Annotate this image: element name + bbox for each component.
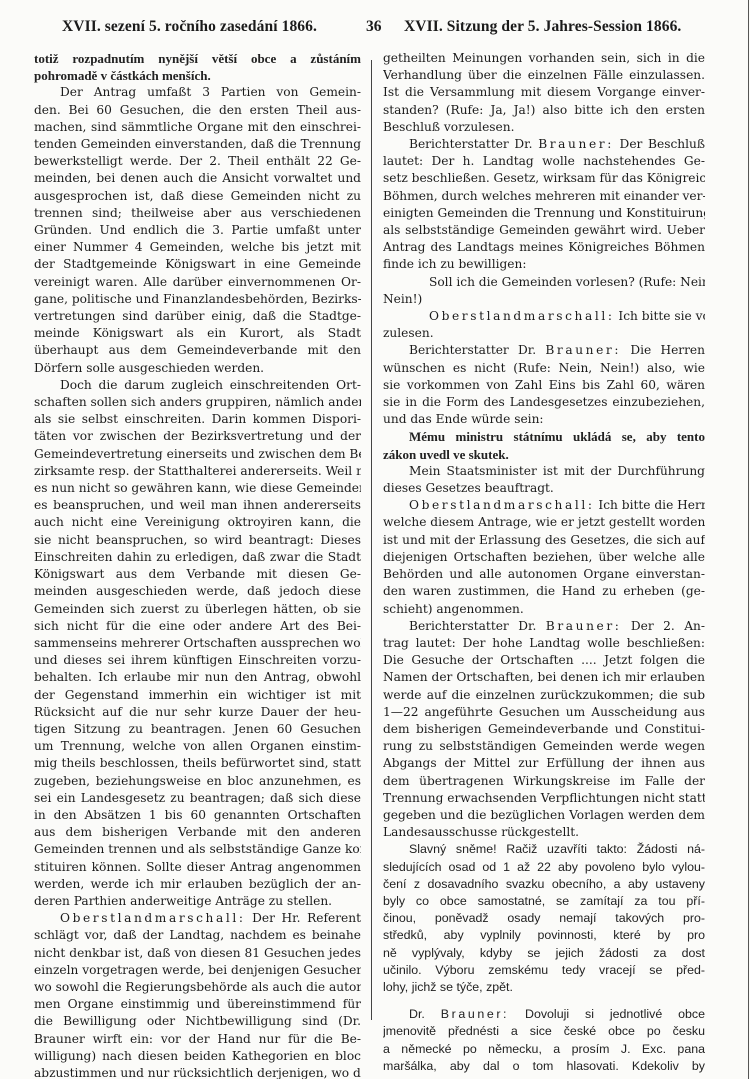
text-line: einzeln vorgetragen werde, bei denjenige… (34, 962, 361, 979)
text-line: sich nicht für die eine oder andere Art … (34, 618, 361, 635)
text-line: es beanspruchen, und weil man ihnen ande… (34, 497, 361, 514)
speaker-label: Berichterstatter Dr. Brauner: (409, 343, 621, 357)
text-line: abzustimmen und nur rücksichtlich derjen… (34, 1065, 361, 1079)
page-number: 36 (366, 18, 382, 36)
text-line: schlägt vor, daß der Landtag, nachdem es… (34, 927, 361, 944)
text-line: Rücksicht auf die nur sehr kurze Dauer d… (34, 704, 361, 721)
text-line: Behörden und alle autonomen Organe einve… (383, 566, 705, 583)
text-line: men Organe einstimmig und übereinstimmen… (34, 996, 361, 1013)
text-line: aus dem bisherigen Verbande mit den ande… (34, 824, 361, 841)
text-line: 1—22 angeführte Gesuchen um Ausscheidung… (383, 704, 705, 721)
text-line: ausgesprochen ist, daß diese Gemeinden n… (34, 188, 361, 205)
text-line: činou, poněvadž osady nemají takových pr… (383, 910, 705, 927)
speaker-label: Berichterstatter Dr. Brauner: (409, 619, 621, 633)
text-line: der Stadtgemeinde Königswart in eine Gem… (34, 256, 361, 273)
text-line: meinden, bei denen auch die Ansicht vorw… (34, 170, 361, 187)
text-line: rung zu selbstständigen Gemeinden werde … (383, 738, 705, 755)
text-line: Dörfern solle ausgeschieden werden. (34, 360, 361, 377)
text-line: trennen sind; theilweise aber aus versch… (34, 205, 361, 222)
page-header: XVII. sezení 5. ročního zasedání 1866. 3… (0, 10, 750, 40)
text-line: Gemeinden sich zuerst zu überlegen hätte… (34, 601, 361, 618)
text-line: byly co obce samostatné, se zamítají za … (383, 893, 705, 910)
text-line: lohy, jichž se týče, zpět. (383, 979, 705, 996)
text-line: behalten. Ich erlaube mir nun den Antrag… (34, 669, 361, 686)
text-line: den waren zustimmen, die Hand zu erheben… (383, 583, 705, 600)
speaker-label: Dr. Brauner: (409, 1007, 509, 1021)
text-line: ně vyplývaly, kdyby se jejich žádosti za… (383, 945, 705, 962)
text-line: Königswart aus dem Verbande mit diesen G… (34, 566, 361, 583)
text-line: Dr. Brauner: Dovoluji si jednotlivé obce (383, 1006, 705, 1023)
text-line: überhaupt aus dem Gemeindeverbande mit d… (34, 342, 361, 359)
text-line: Nein!) (383, 291, 705, 308)
text-line: und das Ende würde sein: (383, 411, 705, 428)
left-text-column: totiž rozpadnutím nynější větší obce a z… (34, 50, 361, 1079)
text-line: Oberstlandmarschall: Ich bitte die Herre… (383, 497, 705, 514)
text-line: finde ich zu bewilligen: (383, 256, 705, 273)
speaker-label: Berichterstatter Dr. Brauner: (409, 137, 614, 151)
text-line: Doch die darum zugleich einschreitenden … (34, 377, 361, 394)
text-line: maršálka, aby dal o tom hlasovati. Kdeko… (383, 1058, 705, 1075)
text-line: sie in die Form des Landesgesetzes einzu… (383, 394, 705, 411)
header-czech-title: XVII. sezení 5. ročního zasedání 1866. (62, 18, 317, 36)
text-line: in den Absätzen 1 bis 60 genannten Ortsc… (34, 807, 361, 824)
text-line: Einschreiten dahin zu erledigen, daß zwa… (34, 549, 361, 566)
text-line: Gründen. Und endlich die 3. Partie umfaß… (34, 222, 361, 239)
text-line: standen? (Rufe: Ja, Ja!) also bitte ich … (383, 102, 705, 119)
text-line: sie vorkommen von Zahl Eins bis Zahl 60,… (383, 377, 705, 394)
text-line: Trennung erwachsenden Verpflichtungen ni… (383, 790, 705, 807)
text-line: Beschluß vorzulesen. (383, 119, 705, 136)
text-line: Gemeindevertretung einerseits und zwisch… (34, 446, 361, 463)
text-line: Mein Staatsminister ist mit der Durchfüh… (383, 463, 705, 480)
text-line: bewerkstelligt werde. Der 2. Theil enthä… (34, 153, 361, 170)
text-line: Böhmen, durch welches mehreren mit einan… (383, 188, 705, 205)
text-line: zirksamte resp. der Statthalterei andere… (34, 463, 361, 480)
text-line: zákon uvedl ve skutek. (383, 446, 705, 463)
text-line: als sie selbst einschreiten. Darin komme… (34, 411, 361, 428)
text-line: deren Parthien anderweitige Anträge zu s… (34, 893, 361, 910)
text-line: setz beschließen. Gesetz, wirksam für da… (383, 170, 705, 187)
text-line: meinde Königswart als ein Kurort, als St… (34, 325, 361, 342)
text-line: willigung) nach diesen beiden Kathegorie… (34, 1048, 361, 1065)
text-line: Landesausschusse rückgestellt. (383, 824, 705, 841)
text-line: Soll ich die Gemeinden vorlesen? (Rufe: … (383, 274, 705, 291)
text-line: schaften sollen sich anders gruppiren, n… (34, 394, 361, 411)
text-line: a německé po německu, a prosím J. Exc. p… (383, 1041, 705, 1058)
text-line: um Trennung, welche von allen Organen ei… (34, 738, 361, 755)
text-line: Abgangs der Mittel zur Erfüllung der ihn… (383, 755, 705, 772)
text-line: Namen der Ortschaften, bei denen ich mir… (383, 669, 705, 686)
text-line: dieses Gesetzes beauftragt. (383, 480, 705, 497)
text-line: nicht denkbar ist, daß von diesen 81 Ges… (34, 945, 361, 962)
text-line: täten vor zwischen der Bezirksvertretung… (34, 428, 361, 445)
text-line: auch nicht eine Vereinigung oktroyiren k… (34, 514, 361, 531)
text-line: Berichterstatter Dr. Brauner: Der 2. An- (383, 618, 705, 635)
text-line: diejenigen Ortschaften beziehen, über we… (383, 549, 705, 566)
text-line: ist und mit der Erlassung des Gesetzes, … (383, 532, 705, 549)
text-line: wo sowohl die Regierungsbehörde als auch… (34, 979, 361, 996)
text-line: tenden Gemeinden einverstanden, daß die … (34, 136, 361, 153)
paragraph-gap (383, 996, 705, 1006)
text-line: trag lautet: Der hohe Landtag wolle besc… (383, 635, 705, 652)
text-line: welche diesem Antrage, wie er jetzt gest… (383, 514, 705, 531)
text-line: vereinigt waren. Alle darüber einvernomm… (34, 274, 361, 291)
text-line: werde auf die einzelnen zurückzukommen; … (383, 687, 705, 704)
text-line: učinilo. Výboru zemskému tedy vracejí se… (383, 962, 705, 979)
text-line: gegeben und die bezüglichen Vorlagen wer… (383, 807, 705, 824)
text-line: den. Bei 60 Gesuchen, die den ersten The… (34, 102, 361, 119)
text-line: Berichterstatter Dr. Brauner: Die Herren (383, 342, 705, 359)
text-line: einigten Gemeinden die Trennung und Kons… (383, 205, 705, 222)
text-line: sei ein Landesgesetz zu beantragen; daß … (34, 790, 361, 807)
speaker-label: Oberstlandmarschall: (429, 309, 615, 323)
text-line: totiž rozpadnutím nynější větší obce a z… (34, 50, 361, 67)
text-line: werden, werde ich mir erlauben bezüglich… (34, 876, 361, 893)
text-line: die Bewilligung oder Nichtbewilligung si… (34, 1013, 361, 1030)
text-line: zugeben, beziehungsweise en bloc anzuneh… (34, 773, 361, 790)
text-line: Mému ministru státnímu ukládá se, aby te… (383, 428, 705, 445)
text-line: dem übertragenen Wirkungskreise im Falle… (383, 773, 705, 790)
header-german-title: XVII. Sitzung der 5. Jahres-Session 1866… (404, 18, 681, 36)
text-line: dem bisherigen Gemeindeverbande und Cons… (383, 721, 705, 738)
text-line: mig theils beschlossen, theils befürwort… (34, 755, 361, 772)
text-line: středků, aby vyplnily povinnosti, které … (383, 927, 705, 944)
text-line: schieht) angenommen. (383, 601, 705, 618)
text-line: einer Nummer 4 Gemeinden, welche bis jet… (34, 239, 361, 256)
text-line: zulesen. (383, 325, 705, 342)
right-text-column: getheilten Meinungen vorhanden sein, sic… (383, 50, 705, 1075)
column-divider (371, 60, 372, 1020)
text-line: čení z dosavadního svazku obecního, a ab… (383, 876, 705, 893)
text-line: wünschen es nicht (Rufe: Nein, Nein!) al… (383, 360, 705, 377)
text-line: machen, sind sämmtliche Organe mit den e… (34, 119, 361, 136)
speaker-label: Oberstlandmarschall: (409, 498, 595, 512)
text-line: Slavný sněme! Račiž uzavříti takto: Žádo… (383, 841, 705, 858)
text-line: meinden ausgeschieden werde, daß jedoch … (34, 583, 361, 600)
text-line: stituiren können. Sollte dieser Antrag a… (34, 859, 361, 876)
text-line: es nun nicht so gewähren kann, wie diese… (34, 480, 361, 497)
text-line: vertretungen sind darüber einig, daß die… (34, 308, 361, 325)
text-line: Oberstlandmarschall: Der Hr. Referent (34, 910, 361, 927)
text-line: tigen Sitzung zu beantragen. Jenen 60 Ge… (34, 721, 361, 738)
text-line: Oberstlandmarschall: Ich bitte sie vor- (383, 308, 705, 325)
text-line: als selbstständige Gemeinden gewährt wir… (383, 222, 705, 239)
text-line: und dieses sei ihrem künftigen Einschrei… (34, 652, 361, 669)
text-line: Die Gesuche der Ortschaften .... Jetzt f… (383, 652, 705, 669)
text-line: gane, politische und Finanzlandesbehörde… (34, 291, 361, 308)
text-line: Verhandlung über die einzelnen Fälle ein… (383, 67, 705, 84)
speaker-label: Oberstlandmarschall: (60, 911, 246, 925)
text-line: sammenseins mehrerer Ortschaften ausspre… (34, 635, 361, 652)
text-line: Antrag des Landtags meines Königreiches … (383, 239, 705, 256)
text-line: der Gegenstand immerhin ein wichtiger is… (34, 687, 361, 704)
text-line: Gemeinden trennen und als selbstständige… (34, 841, 361, 858)
page-edge-line (748, 0, 749, 1079)
text-line: jmenovitě přednésti a sice české obce po… (383, 1023, 705, 1040)
text-line: sie nicht beanspruchen, so wird beantrag… (34, 532, 361, 549)
text-line: Ist die Versammlung mit diesem Vorgange … (383, 84, 705, 101)
text-line: getheilten Meinungen vorhanden sein, sic… (383, 50, 705, 67)
text-line: pohromadě v částkách menších. (34, 67, 361, 84)
text-line: Der Antrag umfaßt 3 Partien von Gemein- (34, 84, 361, 101)
text-line: Berichterstatter Dr. Brauner: Der Beschl… (383, 136, 705, 153)
text-line: sledujících osad od 1 až 22 aby povoleno… (383, 859, 705, 876)
text-line: lautet: Der h. Landtag wolle nachstehend… (383, 153, 705, 170)
text-line: Brauner wirft ein: vor der Hand nur für … (34, 1031, 361, 1048)
